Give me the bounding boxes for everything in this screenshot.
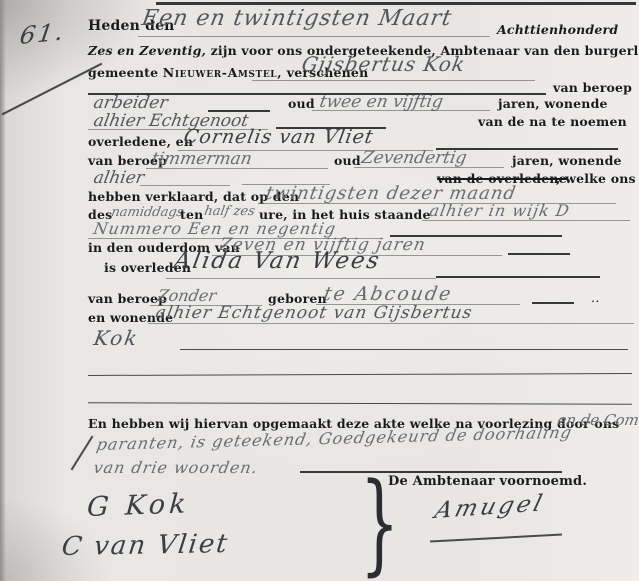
signature-brace: } bbox=[360, 458, 399, 581]
ruled-line bbox=[354, 167, 504, 168]
top-border-rule bbox=[156, 2, 636, 5]
signature-underline bbox=[430, 534, 562, 543]
death-hour: half zes bbox=[203, 204, 256, 219]
ruled-line bbox=[146, 168, 328, 169]
death-location: alhier in wijk D bbox=[428, 201, 572, 220]
declarant1-age: twee en vijftig bbox=[318, 92, 445, 112]
declarant2-age: Zevendertig bbox=[360, 148, 468, 168]
ruled-line bbox=[180, 349, 628, 350]
death-certificate-scan: 61. Heden den Een en twintigsten Maart A… bbox=[0, 0, 639, 581]
label-achttienhonderd: Achttienhonderd bbox=[497, 22, 618, 37]
declarant2-name: Cornelis van Vliet bbox=[182, 126, 375, 148]
label-municipality: Nieuwer-Amstel, bbox=[163, 65, 282, 80]
label-overledene-en: overledene, en bbox=[88, 134, 193, 149]
blank-ruled-line bbox=[88, 373, 632, 376]
label-ambtenaar: De Ambtenaar voornoemd. bbox=[388, 474, 587, 489]
closing-hand-3: van drie woorden. bbox=[92, 458, 260, 477]
filler-stroke bbox=[532, 302, 574, 304]
label-oud-1: oud bbox=[288, 96, 315, 111]
act-number: 61. bbox=[18, 18, 67, 50]
ruled-line bbox=[422, 220, 630, 221]
blank-ruled-line bbox=[88, 402, 632, 404]
ruled-line bbox=[312, 110, 490, 111]
ruled-line bbox=[166, 278, 436, 279]
ruled-line bbox=[138, 36, 490, 37]
label-welke-ons: , welke ons bbox=[556, 171, 636, 186]
deceased-name: Alida Van Wees bbox=[172, 248, 383, 274]
declarant1-name: Gijsbertus Kok bbox=[300, 52, 467, 76]
filler-stroke bbox=[508, 253, 570, 255]
label-na-te-noemen: van de na te noemen bbox=[478, 114, 627, 129]
deceased-residence-line1: alhier Echtgenoot van Gijsbertus bbox=[154, 303, 474, 323]
declarant2-residence: alhier bbox=[92, 168, 146, 188]
deceased-birthplace: te Abcoude bbox=[322, 283, 454, 305]
ruled-line bbox=[252, 80, 535, 81]
witness1-signature: G Kok bbox=[86, 488, 191, 523]
scan-edge-shadow bbox=[0, 0, 6, 581]
declarant1-occupation: arbeider bbox=[92, 93, 169, 113]
label-jaren-wonende-1: jaren, wonende bbox=[498, 96, 608, 111]
deceased-residence-line2: Kok bbox=[92, 326, 141, 350]
label-jaren-wonende-2: jaren, wonende bbox=[512, 153, 622, 168]
ruled-line bbox=[140, 185, 230, 186]
label-oud-2: oud bbox=[334, 153, 361, 168]
ruled-line bbox=[148, 323, 634, 324]
filler-stroke bbox=[300, 471, 562, 473]
death-daypart: namiddags bbox=[110, 205, 185, 220]
handwritten-date: Een en twintigsten Maart bbox=[140, 6, 454, 31]
label-year-words: Zes en Zeventig, bbox=[88, 43, 206, 58]
witness2-signature: C van Vliet bbox=[60, 529, 231, 562]
declarant2-occupation: timmerman bbox=[150, 149, 253, 169]
ink-dots: .. bbox=[590, 290, 602, 306]
label-gemeente: gemeente bbox=[88, 65, 163, 80]
filler-stroke bbox=[436, 276, 600, 278]
label-van-beroep-1: van beroep bbox=[553, 80, 632, 95]
official-signature: Amugel bbox=[432, 491, 548, 524]
pen-flourish bbox=[71, 436, 94, 471]
